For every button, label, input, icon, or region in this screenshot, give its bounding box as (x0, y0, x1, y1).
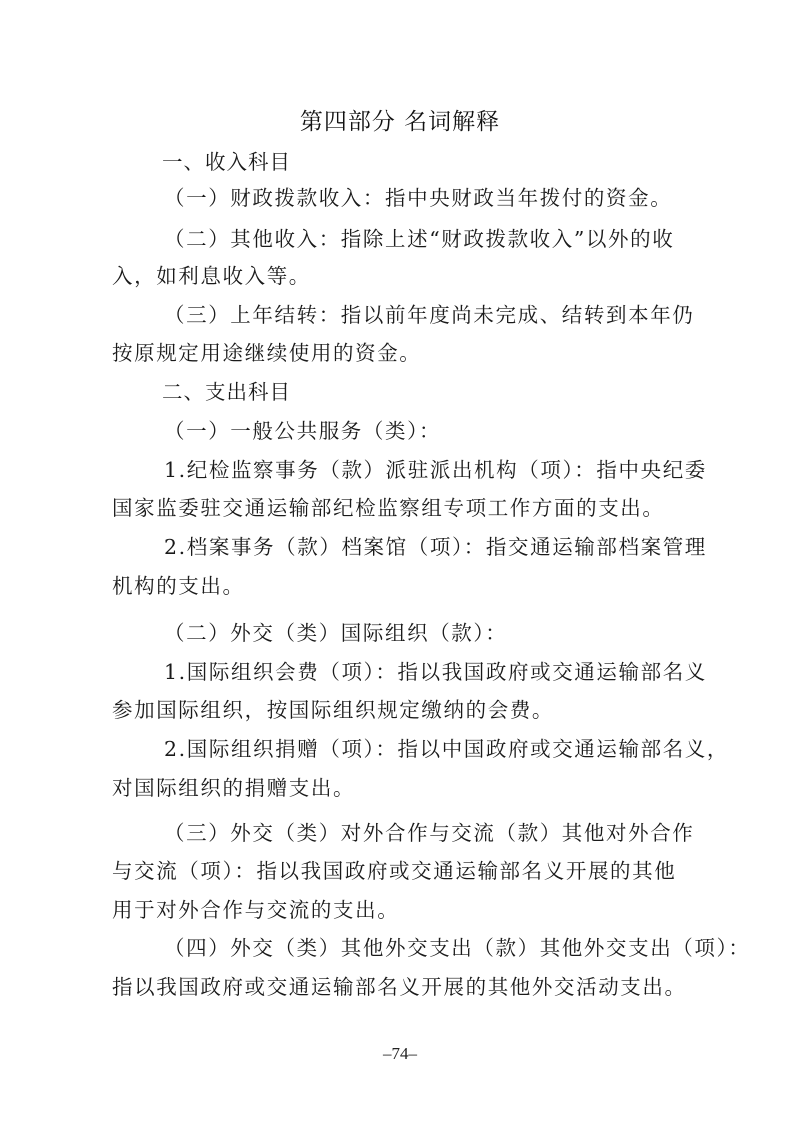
paragraph-line: 国家监委驻交通运输部纪检监察组专项工作方面的支出。 (112, 494, 692, 522)
page-title: 第四部分 名词解释 (0, 103, 800, 136)
paragraph-line: 按原规定用途继续使用的资金。 (112, 339, 692, 367)
paragraph-line: 用于对外合作与交流的支出。 (112, 896, 692, 924)
section-heading-expenditure: 二、支出科目 (162, 378, 742, 406)
paragraph-line: 对国际组织的捐赠支出。 (112, 774, 692, 802)
paragraph-line: 1.国际组织会费（项）：指以我国政府或交通运输部名义 (164, 658, 744, 686)
paragraph-line: 参加国际组织，按国际组织规定缴纳的会费。 (112, 696, 692, 724)
paragraph-line: （二）外交（类）国际组织（款）： (164, 619, 744, 647)
paragraph-line: （三）外交（类）对外合作与交流（款）其他对外合作 (164, 819, 744, 847)
paragraph-line: 机构的支出。 (112, 572, 692, 600)
page-number: –74– (0, 1044, 800, 1064)
paragraph-line: （一）一般公共服务（类）： (164, 417, 744, 445)
paragraph-line: 入，如利息收入等。 (112, 262, 692, 290)
section-heading-income: 一、收入科目 (162, 148, 742, 176)
paragraph-line: 1.纪检监察事务（款）派驻派出机构（项）：指中央纪委 (164, 456, 744, 484)
paragraph-line: （四）外交（类）其他外交支出（款）其他外交支出（项）： (164, 934, 744, 962)
paragraph-line: 与交流（项）：指以我国政府或交通运输部名义开展的其他 (112, 857, 692, 885)
document-page: 第四部分 名词解释 一、收入科目 （一）财政拨款收入：指中央财政当年拨付的资金。… (0, 0, 800, 1131)
paragraph-line: 2.档案事务（款）档案馆（项）：指交通运输部档案管理 (164, 533, 744, 561)
paragraph-line: 2.国际组织捐赠（项）：指以中国政府或交通运输部名义， (164, 735, 744, 763)
paragraph-line: （一）财政拨款收入：指中央财政当年拨付的资金。 (164, 184, 744, 212)
paragraph-line: （三）上年结转：指以前年度尚未完成、结转到本年仍 (164, 301, 744, 329)
paragraph-line: （二）其他收入：指除上述“财政拨款收入”以外的收 (164, 225, 744, 253)
paragraph-line: 指以我国政府或交通运输部名义开展的其他外交活动支出。 (112, 973, 692, 1001)
